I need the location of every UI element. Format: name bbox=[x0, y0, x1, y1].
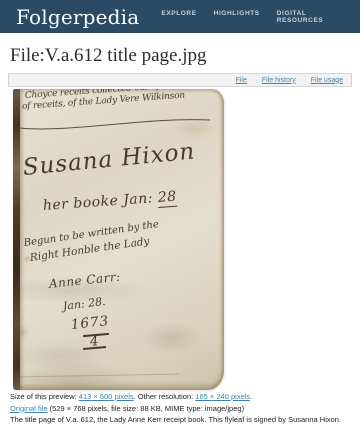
original-file-details: (529 × 768 pixels, file size: 88 KB, MIM… bbox=[48, 404, 245, 413]
manuscript-page: Choyce receits collected out of the book… bbox=[13, 89, 224, 390]
ink-showthrough-smear bbox=[141, 322, 203, 354]
site-header: Folgerpedia EXPLORE HIGHLIGHTS DIGITAL R… bbox=[0, 0, 360, 33]
preview-size-link[interactable]: 413 × 600 pixels bbox=[79, 392, 134, 401]
file-preview-image[interactable]: Choyce receits collected out of the book… bbox=[13, 89, 224, 390]
file-info: Size of this preview: 413 × 600 pixels. … bbox=[10, 391, 354, 426]
other-resolution-period: . bbox=[250, 392, 252, 401]
file-tab-bar: File File history File usage bbox=[8, 73, 352, 87]
original-file-line: Original file (529 × 768 pixels, file si… bbox=[10, 403, 354, 415]
original-file-link[interactable]: Original file bbox=[10, 404, 48, 413]
file-description: The title page of V.a. 612, the Lady Ann… bbox=[10, 414, 354, 426]
other-resolution-link[interactable]: 165 × 240 pixels bbox=[195, 392, 250, 401]
handwriting-her-booke: her booke Jan: bbox=[42, 190, 158, 214]
handwriting-year: 1673 bbox=[70, 315, 110, 332]
handwriting-signature: Susana Hixon bbox=[22, 140, 196, 179]
page-title: File:V.a.612 title page.jpg bbox=[10, 45, 350, 67]
nav-item-highlights[interactable]: HIGHLIGHTS bbox=[214, 10, 260, 24]
handwriting-note-line3: Anne Carr: bbox=[48, 271, 121, 290]
preview-size-label: Size of this preview: bbox=[10, 392, 79, 401]
handwriting-date: Jan: 28. bbox=[62, 296, 106, 312]
site-logo[interactable]: Folgerpedia bbox=[16, 5, 139, 29]
tab-file-usage[interactable]: File usage bbox=[311, 77, 343, 84]
other-resolution-label: . Other resolution: bbox=[134, 392, 196, 401]
tab-file[interactable]: File bbox=[236, 77, 247, 84]
preview-size-line: Size of this preview: 413 × 600 pixels. … bbox=[10, 391, 354, 403]
site-nav: EXPLORE HIGHLIGHTS DIGITAL RESOURCES bbox=[161, 10, 350, 24]
tab-file-history[interactable]: File history bbox=[262, 77, 296, 84]
handwriting-signature-line2: her booke Jan: 28 bbox=[43, 190, 178, 213]
handwriting-day-underlined: 28 bbox=[157, 189, 177, 208]
pen-flourish-line bbox=[17, 115, 213, 133]
faint-ruled-line bbox=[19, 374, 179, 378]
nav-item-explore[interactable]: EXPLORE bbox=[161, 10, 196, 24]
book-binding-edge bbox=[13, 89, 20, 390]
nav-item-digital-resources[interactable]: DIGITAL RESOURCES bbox=[277, 10, 350, 24]
